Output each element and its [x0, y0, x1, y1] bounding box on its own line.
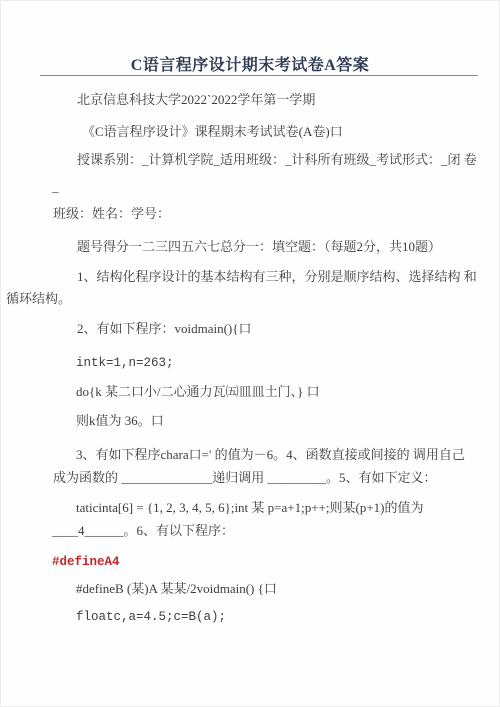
- line-dept-info: 授课系别：_计算机学院_适用班级：_计科所有班级_考试形式：_闭 卷: [77, 152, 477, 167]
- line-q5-answer: ____4______。6、有以下程序：: [52, 523, 234, 538]
- line-code-float: floatc,a=4.5;c=B(a);: [76, 610, 226, 625]
- line-k-value: 则k值为 36。口: [76, 413, 164, 428]
- line-q4-cont: 成为函数的 ______________递归调用 _________。5、有如下…: [53, 470, 437, 485]
- line-question-header: 题号得分一二三四五六七总分一：填空题：（每题2分，共10题）: [77, 239, 441, 254]
- line-q1-part2: 循环结构。: [6, 291, 71, 306]
- document-page: C语言程序设计期末考试卷A答案 北京信息科技大学2022`2022学年第一学期 …: [0, 0, 500, 707]
- line-q5-def: taticinta[6] = {1, 2, 3, 4, 5, 6};int 某 …: [76, 500, 423, 515]
- line-code-intk: intk=1,n=263;: [76, 356, 174, 371]
- line-define-a: #defineA4: [52, 555, 120, 570]
- line-q2-intro: 2、有如下程序：voidmain(){口: [77, 321, 252, 336]
- line-semester: 北京信息科技大学2022`2022学年第一学期: [77, 92, 315, 107]
- page-title: C语言程序设计期末考试卷A答案: [0, 52, 500, 75]
- line-q1-part1: 1、结构化程序设计的基本结构有三种，分别是顺序结构、选择结构 和: [77, 269, 477, 284]
- line-course-title: 《C语言程序设计》课程期末考试试卷(A卷)口: [82, 124, 343, 139]
- title-underline: [40, 75, 478, 76]
- line-code-do: do{k 某二口小/二心通力瓦㈤皿皿土门、} 口: [76, 384, 320, 399]
- line-q3-q4: 3、有如下程序chara口=' 的值为－6。4、函数直接或间接的 调用自己: [76, 447, 465, 462]
- line-underscore: _: [52, 179, 59, 194]
- line-class-name-id: 班级：姓名：学号：: [53, 206, 170, 221]
- line-define-b: #defineB (某)A 某某/2voidmain() {口: [76, 581, 277, 596]
